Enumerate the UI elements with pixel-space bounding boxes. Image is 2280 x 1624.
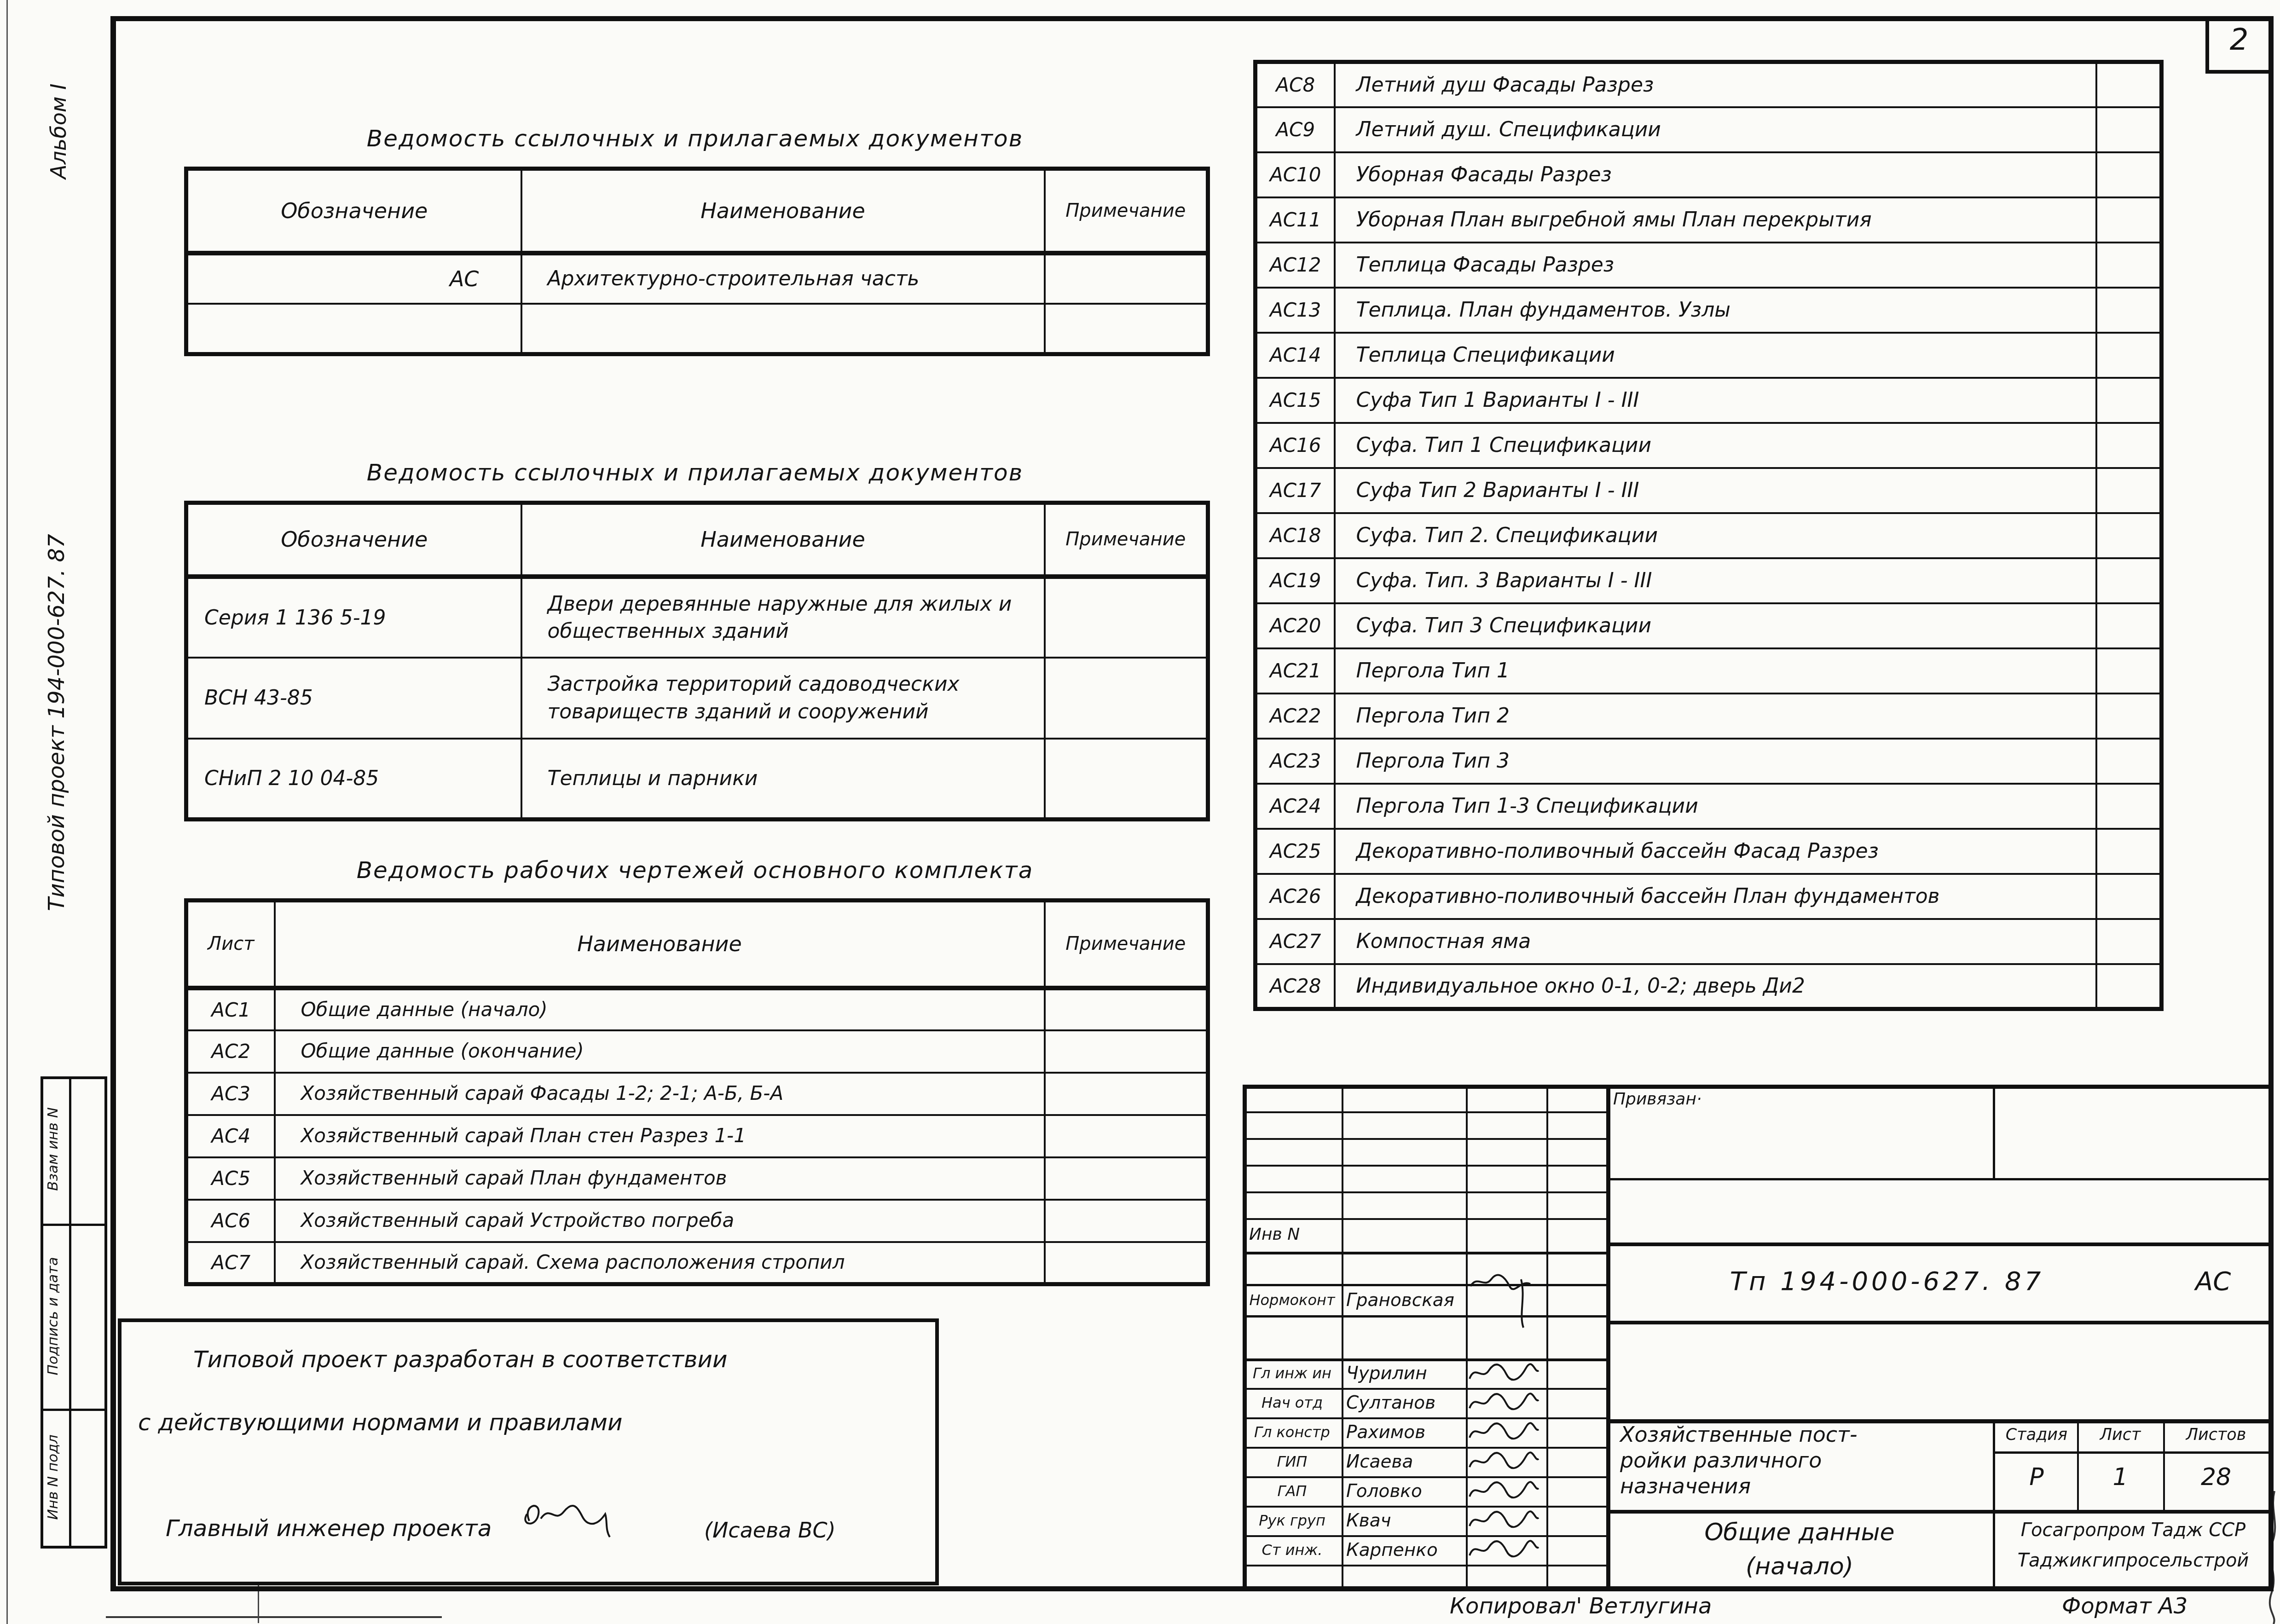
table-row: АС25 Декоративно-поливочный бассейн Фаса…: [1256, 829, 2162, 874]
sheet-name: Компостная яма: [1335, 919, 2096, 964]
sheet-code: АС9: [1256, 107, 1335, 152]
doc-code: АС: [186, 253, 521, 304]
chief-engineer-signature: [515, 1496, 621, 1546]
doc-name: Застройка территорий садоводческих товар…: [521, 658, 1045, 739]
linked-label: Привязан·: [1613, 1090, 1701, 1109]
staff-row: Рук груп Квач: [1243, 1506, 1606, 1535]
sheet-name: Декоративно-поливочный бассейн Фасад Раз…: [1335, 829, 2096, 874]
sheet-code: АС1: [186, 988, 275, 1030]
sheet-code: АС19: [1256, 558, 1335, 603]
sheet-name: Хозяйственный сарай. Схема расположения …: [275, 1242, 1045, 1284]
stage-value: Р: [1995, 1463, 2078, 1491]
note-line-1: Типовой проект разработан в соответствии: [193, 1346, 727, 1373]
signature: [1466, 1360, 1542, 1386]
sheet-note: [2096, 107, 2162, 152]
format-caption: Формат А3: [2062, 1593, 2187, 1619]
sheet-name: Хозяйственный сарай Устройство погреба: [275, 1200, 1045, 1242]
sheet-note: [2096, 964, 2162, 1009]
table-row: АС8 Летний душ Фасады Разрез: [1256, 62, 2162, 107]
sheet-name: Суфа. Тип 2. Спецификации: [1335, 513, 2096, 558]
header-row: Лист Наименование Примечание: [186, 901, 1208, 988]
doc-note: [1045, 253, 1208, 304]
sheet-note: [2096, 648, 2162, 694]
doc-note: [1045, 577, 1208, 658]
doc-code: Серия 1 136 5-19: [186, 577, 521, 658]
staff-role: Рук груп: [1243, 1512, 1342, 1529]
table-row: АС11 Уборная План выгребной ямы План пер…: [1256, 197, 2162, 243]
sheet-value: 1: [2079, 1463, 2162, 1491]
header-row: Обозначение Наименование Примечание: [186, 169, 1208, 253]
sheet-note: [1045, 1115, 1208, 1157]
sheet-header: Лист: [2079, 1426, 2162, 1444]
project-name-line-2: ройки различного: [1620, 1448, 1822, 1473]
chief-engineer-name: (Исаева ВС): [704, 1518, 836, 1543]
table-row: АС14 Теплица Спецификации: [1256, 333, 2162, 378]
sheet-code: АС11: [1256, 197, 1335, 243]
sheet-note: [2096, 739, 2162, 784]
table-row: АС26 Декоративно-поливочный бассейн План…: [1256, 874, 2162, 919]
table-row: АС27 Компостная яма: [1256, 919, 2162, 964]
sheet-note: [2096, 468, 2162, 513]
page-number: 2: [2209, 23, 2269, 57]
signature: [1466, 1449, 1542, 1474]
sheet-name: Теплица. План фундаментов. Узлы: [1335, 288, 2096, 333]
table-row: АС23 Пергола Тип 3: [1256, 739, 2162, 784]
sheet-code: АС17: [1256, 468, 1335, 513]
sheet-note: [1045, 1200, 1208, 1242]
sheet-code: АС10: [1256, 152, 1335, 197]
sheet-code: АС23: [1256, 739, 1335, 784]
stamp-box-line-1: [41, 1224, 107, 1226]
sheet-name: Пергола Тип 1-3 Спецификации: [1335, 784, 2096, 829]
sheet-name: Декоративно-поливочный бассейн План фунд…: [1335, 874, 2096, 919]
table-row: АС16 Суфа. Тип 1 Спецификации: [1256, 423, 2162, 468]
sheet-note: [2096, 558, 2162, 603]
header-row: Обозначение Наименование Примечание: [186, 503, 1208, 577]
table-row: АС20 Суфа. Тип 3 Спецификации: [1256, 603, 2162, 648]
scan-edge-line: [6, 0, 8, 1624]
sheet-index-body: АС8 Летний душ Фасады Разрез АС9 Летний …: [1256, 62, 2162, 1009]
sheet-name: Хозяйственный сарай Фасады 1-2; 2-1; А-Б…: [275, 1073, 1045, 1115]
sheet-index-table: АС8 Летний душ Фасады Разрез АС9 Летний …: [1253, 60, 2164, 1011]
sheet-code: АС7: [186, 1242, 275, 1284]
staff-row: ГИП Исаева: [1243, 1447, 1606, 1476]
sheet-code: АС5: [186, 1157, 275, 1200]
sheet-code: АС20: [1256, 603, 1335, 648]
sheet-note: [2096, 874, 2162, 919]
stamp-box-divider: [69, 1076, 71, 1549]
col-header-primechanie: Примечание: [1045, 901, 1208, 988]
doc-name: [521, 304, 1045, 354]
sheet-note: [1045, 1073, 1208, 1115]
doc-code: ВСН 43-85: [186, 658, 521, 739]
normokontrol-row: Нормоконт Грановская: [1243, 1285, 1606, 1315]
staff-name: Грановская: [1342, 1290, 1466, 1311]
document-suffix: АС: [2195, 1266, 2231, 1296]
sheet-note: [2096, 694, 2162, 739]
table-row: АС1 Общие данные (начало): [186, 988, 1208, 1030]
col-header-naimenovanie: Наименование: [275, 901, 1045, 988]
project-number-label: Типовой проект 194-000-627. 87: [44, 451, 69, 994]
table-row: АС19 Суфа. Тип. 3 Варианты I - III: [1256, 558, 2162, 603]
table-row: АС15 Суфа Тип 1 Варианты I - III: [1256, 378, 2162, 423]
staff-row: ГАП Головко: [1243, 1476, 1606, 1506]
sheet-name: Хозяйственный сарай План фундаментов: [275, 1157, 1045, 1200]
sheet-name: Суфа. Тип. 3 Варианты I - III: [1335, 558, 2096, 603]
sheet-note: [2096, 919, 2162, 964]
sheet-note: [2096, 197, 2162, 243]
table-row: АС7 Хозяйственный сарай. Схема расположе…: [186, 1242, 1208, 1284]
project-name-line-1: Хозяйственные пост-: [1620, 1422, 1857, 1447]
table-row: [186, 304, 1208, 354]
sheet-name: Уборная План выгребной ямы План перекрыт…: [1335, 197, 2096, 243]
inventory-number-label: Инв N: [1249, 1225, 1300, 1244]
page-number-box-line-h: [2205, 70, 2274, 74]
signature: [1466, 1508, 1542, 1533]
sheet-note: [2096, 513, 2162, 558]
working-drawings-table: Лист Наименование Примечание АС1 Общие д…: [184, 898, 1210, 1286]
sheet-name: Летний душ Фасады Разрез: [1335, 62, 2096, 107]
sheet-name: Хозяйственный сарай План стен Разрез 1-1: [275, 1115, 1045, 1157]
col-header-naimenovanie: Наименование: [521, 503, 1045, 577]
col-header-list: Лист: [186, 901, 275, 988]
staff-row: Нач отд Султанов: [1243, 1388, 1606, 1417]
staff-role: Гл констр: [1243, 1423, 1342, 1441]
sheet-note: [2096, 243, 2162, 288]
ref-docs-2-body: Серия 1 136 5-19 Двери деревянные наружн…: [186, 577, 1208, 820]
sheet-name: Суфа Тип 1 Варианты I - III: [1335, 378, 2096, 423]
sheet-code: АС8: [1256, 62, 1335, 107]
table-row: АС3 Хозяйственный сарай Фасады 1-2; 2-1;…: [186, 1073, 1208, 1115]
table-row: АС13 Теплица. План фундаментов. Узлы: [1256, 288, 2162, 333]
organization-line-2: Таджикгипросельстрой: [1995, 1550, 2271, 1571]
sheet-name: Индивидуальное окно 0-1, 0-2; дверь Ди2: [1335, 964, 2096, 1009]
sheet-code: АС13: [1256, 288, 1335, 333]
staff-role: Нач отд: [1243, 1394, 1342, 1411]
frame-left: [110, 16, 116, 1591]
staff-name: Головко: [1342, 1481, 1466, 1502]
sheet-note: [2096, 62, 2162, 107]
sheet-code: АС2: [186, 1030, 275, 1073]
organization-line-1: Госагропром Тадж ССР: [1997, 1520, 2269, 1541]
sheet-code: АС27: [1256, 919, 1335, 964]
chief-engineer-label: Главный инженер проекта: [166, 1515, 492, 1542]
sheet-code: АС12: [1256, 243, 1335, 288]
sheet-note: [2096, 378, 2162, 423]
sheet-name: Пергола Тип 2: [1335, 694, 2096, 739]
frame-right: [2268, 16, 2274, 1591]
signature: [1466, 1270, 1544, 1330]
ref-docs-1-title: Ведомость ссылочных и прилагаемых докуме…: [184, 125, 1206, 152]
sheet-code: АС4: [186, 1115, 275, 1157]
staff-name: Рахимов: [1342, 1422, 1466, 1443]
project-name-line-3: назначения: [1620, 1474, 1751, 1498]
table-row: АС5 Хозяйственный сарай План фундаментов: [186, 1157, 1208, 1200]
sheet-code: АС18: [1256, 513, 1335, 558]
table-row: АС10 Уборная Фасады Разрез: [1256, 152, 2162, 197]
staff-row: Гл констр Рахимов: [1243, 1417, 1606, 1447]
stamp-label-inv-podl: Инв N подл: [45, 1410, 61, 1544]
sheet-note: [2096, 423, 2162, 468]
sheet-code: АС25: [1256, 829, 1335, 874]
sheet-name: Летний душ. Спецификации: [1335, 107, 2096, 152]
staff-name: Султанов: [1342, 1393, 1466, 1413]
sheets-total-value: 28: [2165, 1463, 2267, 1491]
doc-name: Архитектурно-строительная часть: [521, 253, 1045, 304]
table-row: АС2 Общие данные (окончание): [186, 1030, 1208, 1073]
sheet-name: Пергола Тип 3: [1335, 739, 2096, 784]
ref-docs-2-title: Ведомость ссылочных и прилагаемых докуме…: [184, 459, 1206, 486]
sheet-name: Теплица Спецификации: [1335, 333, 2096, 378]
stage-header: Стадия: [1995, 1426, 2078, 1444]
sheet-code: АС28: [1256, 964, 1335, 1009]
sheet-note: [2096, 603, 2162, 648]
doc-note: [1045, 658, 1208, 739]
sheet-code: АС15: [1256, 378, 1335, 423]
sheets-total-header: Листов: [2165, 1426, 2267, 1444]
staff-row: Ст инж. Карпенко: [1243, 1535, 1606, 1565]
sheet-code: АС22: [1256, 694, 1335, 739]
staff-role: Нормоконт: [1243, 1291, 1342, 1309]
sheet-code: АС21: [1256, 648, 1335, 694]
album-label: Альбом I: [46, 60, 71, 202]
staff-role: Ст инж.: [1243, 1541, 1342, 1559]
doc-code: [186, 304, 521, 354]
col-header-oboznachenie: Обозначение: [186, 169, 521, 253]
staff-name: Карпенко: [1342, 1540, 1466, 1560]
sheet-note: [1045, 988, 1208, 1030]
sheet-code: АС24: [1256, 784, 1335, 829]
stamp-label-vzam-inv: Взам инв N: [45, 1081, 61, 1217]
sheet-note: [1045, 1030, 1208, 1073]
sheet-note: [2096, 288, 2162, 333]
staff-name: Чурилин: [1342, 1363, 1466, 1384]
sheet-name: Общие данные (начало): [275, 988, 1045, 1030]
sheet-name: Суфа. Тип 3 Спецификации: [1335, 603, 2096, 648]
sheet-note: [1045, 1242, 1208, 1284]
col-header-oboznachenie: Обозначение: [186, 503, 521, 577]
drawing-sheet: 2 Альбом I Типовой проект 194-000-627. 8…: [0, 0, 2280, 1624]
copied-by-caption: Копировал' Ветлугина: [1450, 1593, 1712, 1619]
sheet-title-line-2: (начало): [1606, 1553, 1993, 1580]
stamp-label-podpis-data: Подпись и дата: [45, 1229, 61, 1404]
table-row: АС18 Суфа. Тип 2. Спецификации: [1256, 513, 2162, 558]
working-drawings-title: Ведомость рабочих чертежей основного ком…: [184, 857, 1206, 884]
sheet-note: [2096, 784, 2162, 829]
sheet-name: Суфа. Тип 1 Спецификации: [1335, 423, 2096, 468]
ref-docs-1-body: АС Архитектурно-строительная часть: [186, 253, 1208, 354]
signature: [1466, 1478, 1542, 1504]
sheet-note: [2096, 829, 2162, 874]
table-row: АС9 Летний душ. Спецификации: [1256, 107, 2162, 152]
frame-top: [110, 16, 2274, 21]
col-header-naimenovanie: Наименование: [521, 169, 1045, 253]
sheet-code: АС3: [186, 1073, 275, 1115]
table-row: АС12 Теплица Фасады Разрез: [1256, 243, 2162, 288]
table-row: АС21 Пергола Тип 1: [1256, 648, 2162, 694]
table-row: Серия 1 136 5-19 Двери деревянные наружн…: [186, 577, 1208, 658]
doc-name: Теплицы и парники: [521, 739, 1045, 820]
sheet-code: АС14: [1256, 333, 1335, 378]
sheet-title-line-1: Общие данные: [1606, 1519, 1993, 1546]
sheet-code: АС6: [186, 1200, 275, 1242]
signature: [1466, 1419, 1542, 1445]
col-header-primechanie: Примечание: [1045, 169, 1208, 253]
doc-code: СНиП 2 10 04-85: [186, 739, 521, 820]
sheet-code: АС16: [1256, 423, 1335, 468]
signature: [1466, 1390, 1542, 1416]
table-row: СНиП 2 10 04-85 Теплицы и парники: [186, 739, 1208, 820]
sheet-name: Уборная Фасады Разрез: [1335, 152, 2096, 197]
ref-docs-2-table: Обозначение Наименование Примечание Сери…: [184, 501, 1210, 821]
sheet-name: Общие данные (окончание): [275, 1030, 1045, 1073]
sheet-name: Теплица Фасады Разрез: [1335, 243, 2096, 288]
staff-role: ГИП: [1243, 1453, 1342, 1470]
sheet-note: [2096, 152, 2162, 197]
sheet-code: АС26: [1256, 874, 1335, 919]
table-row: АС24 Пергола Тип 1-3 Спецификации: [1256, 784, 2162, 829]
table-row: ВСН 43-85 Застройка территорий садоводче…: [186, 658, 1208, 739]
page-number-box-line-v: [2205, 21, 2209, 70]
sheet-name: Суфа Тип 2 Варианты I - III: [1335, 468, 2096, 513]
signature: [1466, 1537, 1542, 1563]
doc-name: Двери деревянные наружные для жилых и об…: [521, 577, 1045, 658]
table-row: АС17 Суфа Тип 2 Варианты I - III: [1256, 468, 2162, 513]
staff-role: ГАП: [1243, 1482, 1342, 1500]
table-row: АС4 Хозяйственный сарай План стен Разрез…: [186, 1115, 1208, 1157]
col-header-primechanie: Примечание: [1045, 503, 1208, 577]
sheet-note: [1045, 1157, 1208, 1200]
table-row: АС28 Индивидуальное окно 0-1, 0-2; дверь…: [1256, 964, 2162, 1009]
staff-name: Квач: [1342, 1510, 1466, 1531]
doc-note: [1045, 304, 1208, 354]
doc-note: [1045, 739, 1208, 820]
working-drawings-body: АС1 Общие данные (начало) АС2 Общие данн…: [186, 988, 1208, 1284]
table-row: АС22 Пергола Тип 2: [1256, 694, 2162, 739]
table-row: АС6 Хозяйственный сарай Устройство погре…: [186, 1200, 1208, 1242]
scan-artifact-line: [106, 1616, 442, 1618]
staff-rows: Гл инж ин Чурилин Нач отд Султанов: [1243, 1358, 1606, 1565]
staff-role: Гл инж ин: [1243, 1364, 1342, 1382]
document-number: Тп 194-000-627. 87: [1638, 1266, 2135, 1296]
note-line-2: с действующими нормами и правилами: [138, 1409, 622, 1436]
ref-docs-1-table: Обозначение Наименование Примечание АС А…: [184, 167, 1210, 356]
table-row: АС Архитектурно-строительная часть: [186, 253, 1208, 304]
staff-row: Гл инж ин Чурилин: [1243, 1358, 1606, 1388]
staff-name: Исаева: [1342, 1451, 1466, 1472]
sheet-name: Пергола Тип 1: [1335, 648, 2096, 694]
sheet-note: [2096, 333, 2162, 378]
